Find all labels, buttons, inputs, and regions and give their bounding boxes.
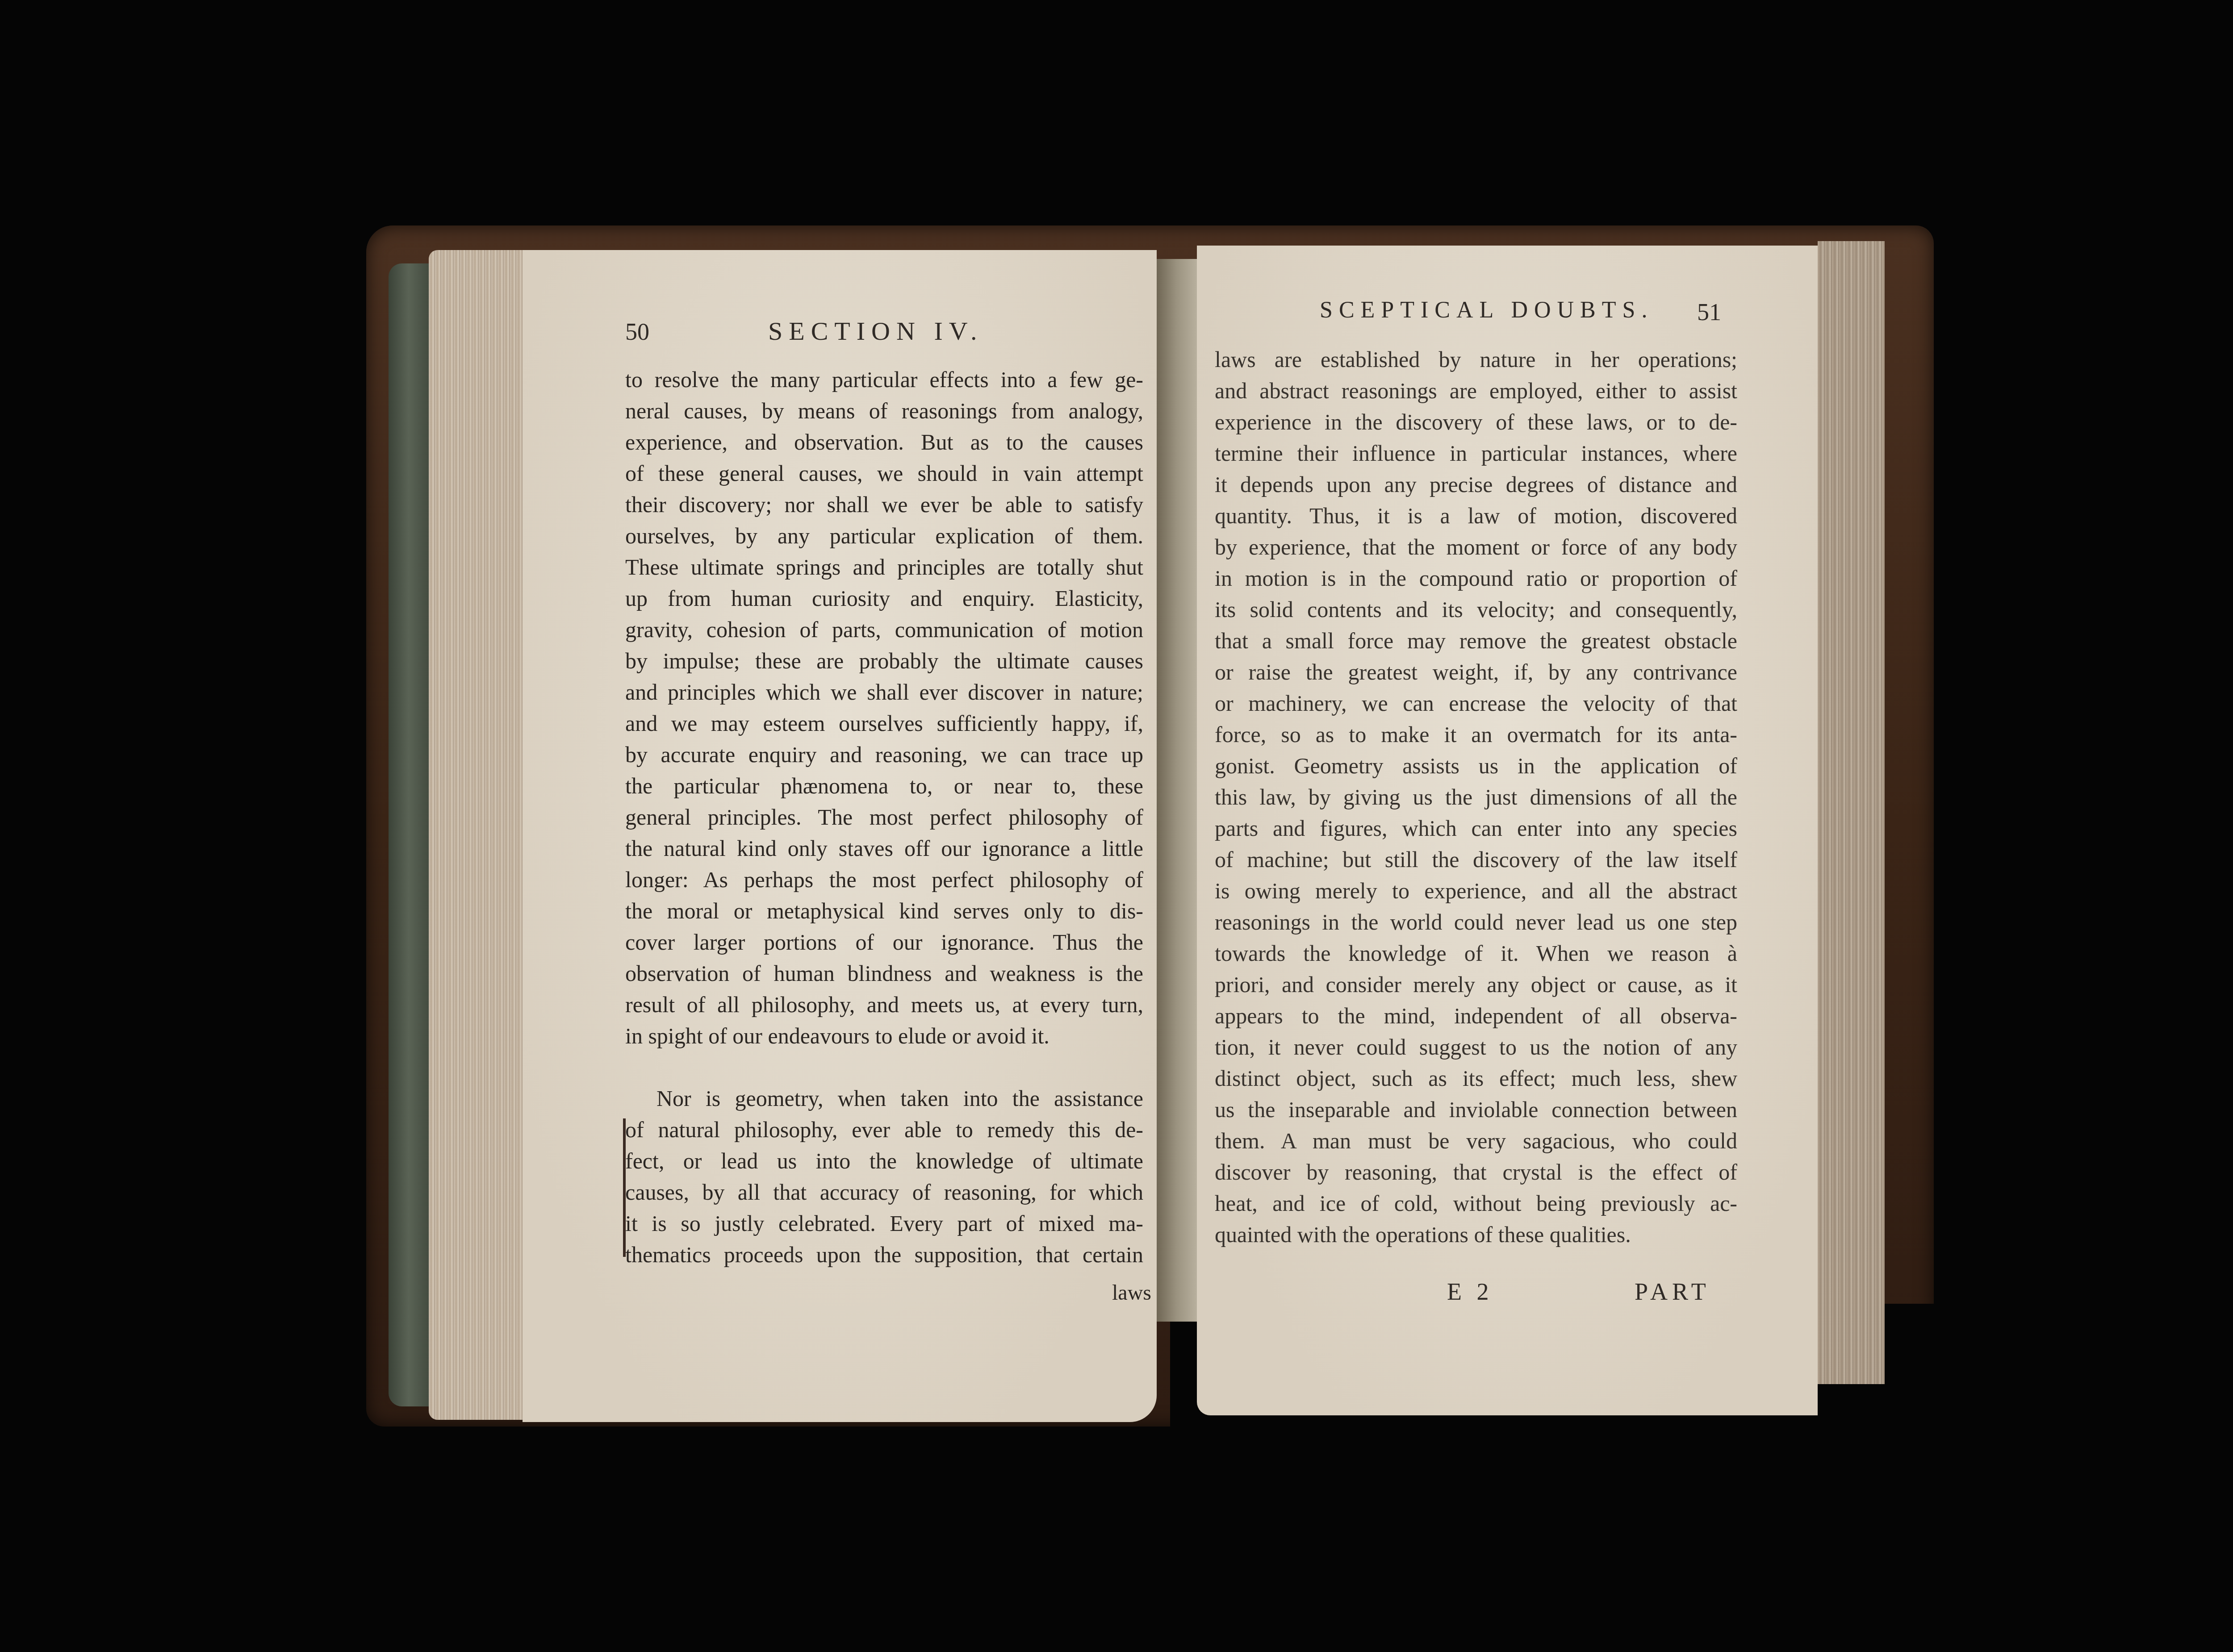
text-line: These ultimate springs and principles ar… <box>625 551 1143 583</box>
text-line: general principles. The most perfect phi… <box>625 801 1143 833</box>
text-line: fect, or lead us into the knowledge of u… <box>625 1145 1143 1176</box>
left-page-number: 50 <box>625 318 649 346</box>
cover-board-edge <box>389 263 429 1406</box>
text-line: or machinery, we can encrease the veloci… <box>1215 688 1737 719</box>
text-line: heat, and ice of cold, without being pre… <box>1215 1188 1737 1219</box>
text-line: is owing merely to experience, and all t… <box>1215 875 1737 906</box>
text-line: discover by reasoning, that crystal is t… <box>1215 1156 1737 1188</box>
text-line: ourselves, by any particular explication… <box>625 520 1143 551</box>
text-line: appears to the mind, independent of all … <box>1215 1000 1737 1031</box>
text-line: thematics proceeds upon the supposition,… <box>625 1239 1143 1270</box>
text-line: force, so as to make it an overmatch for… <box>1215 719 1737 750</box>
text-line: it is so justly celebrated. Every part o… <box>625 1208 1143 1239</box>
text-line: priori, and consider merely any object o… <box>1215 969 1737 1000</box>
text-line: gonist. Geometry assists us in the appli… <box>1215 750 1737 781</box>
text-line: and principles which we shall ever disco… <box>625 676 1143 708</box>
text-line: its solid contents and its velocity; and… <box>1215 594 1737 625</box>
text-line: by impulse; these are probably the ultim… <box>625 645 1143 676</box>
text-line: and abstract reasonings are employed, ei… <box>1215 375 1737 406</box>
text-line: of these general causes, we should in va… <box>625 458 1143 489</box>
right-page-body: laws are established by nature in her op… <box>1215 344 1737 1250</box>
text-line: by experience, that the moment or force … <box>1215 531 1737 563</box>
text-line: of natural philosophy, ever able to reme… <box>625 1114 1143 1145</box>
text-line: laws are established by nature in her op… <box>1215 344 1737 375</box>
text-line: that a small force may remove the greate… <box>1215 625 1737 656</box>
right-page-number: 51 <box>1697 298 1721 326</box>
paragraph-gap <box>625 1051 1143 1083</box>
text-line: it depends upon any precise degrees of d… <box>1215 469 1737 500</box>
signature-mark: E 2 <box>1447 1278 1493 1306</box>
text-line: reasonings in the world could never lead… <box>1215 906 1737 938</box>
text-line: in motion is in the compound ratio or pr… <box>1215 563 1737 594</box>
text-line: the natural kind only staves off our ign… <box>625 833 1143 864</box>
text-line: up from human curiosity and enquiry. Ela… <box>625 583 1143 614</box>
text-line: experience in the discovery of these law… <box>1215 406 1737 438</box>
left-catchword: laws <box>1112 1281 1151 1305</box>
text-line: causes, by all that accuracy of reasonin… <box>625 1176 1143 1208</box>
text-line: this law, by giving us the just dimensio… <box>1215 781 1737 813</box>
text-line: of machine; but still the discovery of t… <box>1215 844 1737 875</box>
text-line: gravity, cohesion of parts, communicatio… <box>625 614 1143 645</box>
text-line: in spight of our endeavours to elude or … <box>625 1020 1143 1051</box>
text-line: quainted with the operations of these qu… <box>1215 1219 1737 1250</box>
text-line: the moral or metaphysical kind serves on… <box>625 895 1143 926</box>
text-line: towards the knowledge of it. When we rea… <box>1215 938 1737 969</box>
left-page-body: to resolve the many particular effects i… <box>625 364 1143 1270</box>
text-line: them. A man must be very sagacious, who … <box>1215 1125 1737 1156</box>
text-line: tion, it never could suggest to us the n… <box>1215 1031 1737 1063</box>
text-line: distinct object, such as its effect; muc… <box>1215 1063 1737 1094</box>
handwritten-margin-bracket <box>623 1118 626 1257</box>
text-line: the particular phænomena to, or near to,… <box>625 770 1143 801</box>
text-line: termine their influence in particular in… <box>1215 438 1737 469</box>
text-line: experience, and observation. But as to t… <box>625 426 1143 458</box>
text-line: Nor is geometry, when taken into the ass… <box>625 1083 1143 1114</box>
text-line: observation of human blindness and weakn… <box>625 958 1143 989</box>
text-line: quantity. Thus, it is a law of motion, d… <box>1215 500 1737 531</box>
text-line: result of all philosophy, and meets us, … <box>625 989 1143 1020</box>
text-line: us the inseparable and inviolable connec… <box>1215 1094 1737 1125</box>
left-running-head: SECTION IV. <box>768 316 983 346</box>
text-line: parts and figures, which can enter into … <box>1215 813 1737 844</box>
right-catchword: PART <box>1635 1278 1710 1306</box>
text-line: by accurate enquiry and reasoning, we ca… <box>625 739 1143 770</box>
text-line: or raise the greatest weight, if, by any… <box>1215 656 1737 688</box>
text-line: longer: As perhaps the most perfect phil… <box>625 864 1143 895</box>
book-gutter <box>1157 259 1197 1322</box>
right-running-head: SCEPTICAL DOUBTS. <box>1320 297 1653 323</box>
text-line: neral causes, by means of reasonings fro… <box>625 395 1143 426</box>
text-line: and we may esteem ourselves sufficiently… <box>625 708 1143 739</box>
text-line: to resolve the many particular effects i… <box>625 364 1143 395</box>
text-line: cover larger portions of our ignorance. … <box>625 926 1143 958</box>
right-page-stack <box>1818 241 1885 1384</box>
text-line: their discovery; nor shall we ever be ab… <box>625 489 1143 520</box>
left-page-stack <box>429 250 523 1420</box>
